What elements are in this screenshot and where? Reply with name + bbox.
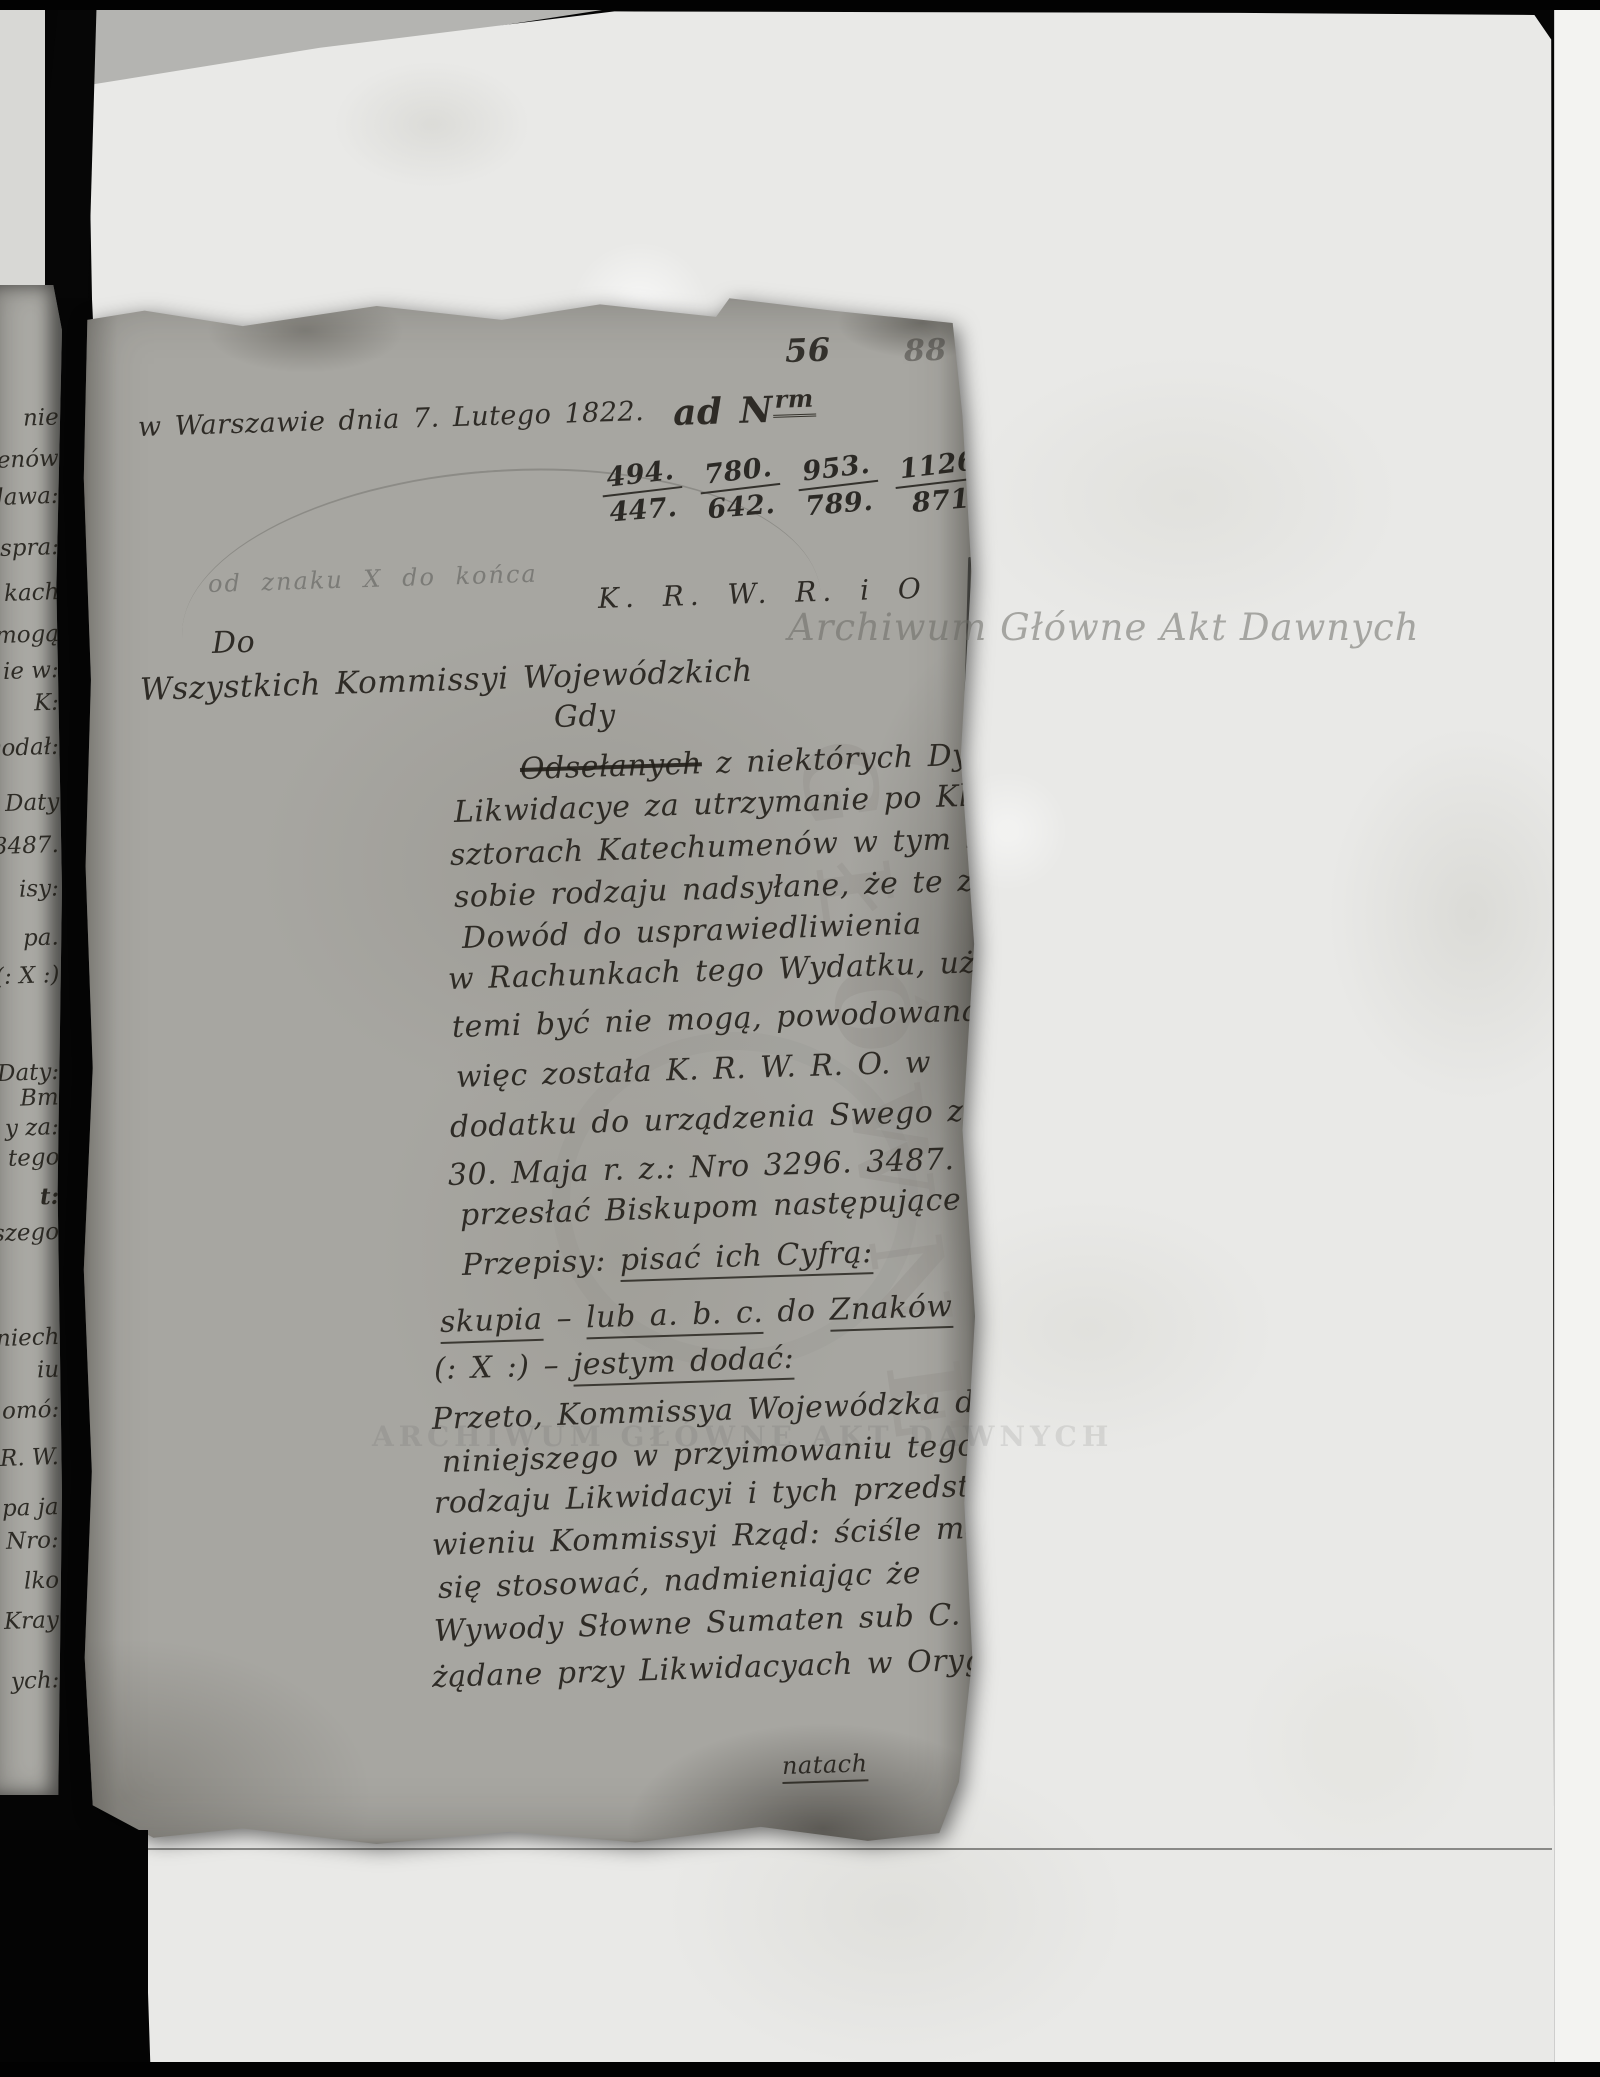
left-page-fragment: szego bbox=[0, 1219, 59, 1247]
body-line: Wywody Słowne Sumaten sub C. bbox=[433, 1597, 961, 1649]
body-line: się stosować, nadmieniając że bbox=[437, 1556, 921, 1606]
left-page-fragment: ych: bbox=[10, 1667, 59, 1695]
scan-bottom-edge bbox=[0, 2062, 1600, 2077]
scan-top-edge bbox=[0, 0, 1600, 10]
reference-label: ad Nrm bbox=[672, 384, 816, 434]
backing-seam-line bbox=[148, 1848, 1552, 1850]
manuscript-page: GŁÓWNE 56 88 w Warszawie dnia 7. Lutego … bbox=[82, 292, 975, 1844]
left-page-fragment: (: X :) bbox=[0, 962, 59, 990]
left-page-fragment: spra: bbox=[0, 534, 59, 562]
left-page-fragment: kach bbox=[3, 579, 59, 607]
left-page-fragment: Daty bbox=[4, 789, 59, 817]
previous-page-edge: nie menów dawa: spra: kach mogą ie w: K:… bbox=[0, 285, 62, 1795]
reference-number-pair: 953.789. bbox=[795, 449, 880, 522]
body-line-text: (: X :) – bbox=[433, 1348, 559, 1387]
reference-label-superscript: rm bbox=[772, 384, 816, 418]
left-page-fragment: niech bbox=[0, 1324, 59, 1352]
body-line-opening: Gdy bbox=[553, 698, 616, 735]
salutation-do: Do bbox=[211, 625, 255, 661]
left-page-fragment: y za: bbox=[5, 1114, 60, 1142]
left-page-fragment: pa ja bbox=[2, 1494, 59, 1522]
left-page-fragment: menów bbox=[0, 446, 59, 475]
left-page-fragment: lko bbox=[23, 1567, 59, 1594]
left-page-fragment: R. W. bbox=[0, 1444, 59, 1472]
salutation-addressee: Wszystkich Kommissyi Wojewódzkich bbox=[139, 653, 753, 708]
underlined-word: skupia bbox=[439, 1302, 543, 1344]
folio-number-faint: 88 bbox=[903, 333, 947, 369]
left-page-fragment: ie w: bbox=[3, 657, 60, 685]
dateline: w Warszawie dnia 7. Lutego 1822. bbox=[138, 396, 645, 443]
folio-number: 56 bbox=[784, 331, 831, 370]
underlined-instruction: jestym dodać: bbox=[573, 1341, 795, 1387]
left-sheet-edge bbox=[0, 8, 45, 298]
underlined-instruction: pisać ich Cyfrą: bbox=[619, 1235, 873, 1282]
scan-right-edge bbox=[1554, 0, 1600, 2077]
manuscript-page-wrap: GŁÓWNE 56 88 w Warszawie dnia 7. Lutego … bbox=[82, 292, 975, 1844]
left-page-fragment: mogą bbox=[0, 621, 59, 649]
left-page-fragment: Nro: bbox=[6, 1527, 60, 1555]
body-line: wieniu Kommissyi Rząd: ściśle ma bbox=[431, 1511, 983, 1563]
catchword: natach bbox=[781, 1749, 868, 1784]
left-page-fragment: nie bbox=[23, 404, 60, 431]
left-page-fragment: t: bbox=[39, 1183, 59, 1211]
left-page-fragment: isy: bbox=[19, 875, 60, 902]
archival-document-scan: nie menów dawa: spra: kach mogą ie w: K:… bbox=[0, 0, 1600, 2077]
body-line-text: Przepisy: bbox=[461, 1243, 606, 1283]
left-page-fragment: pa. bbox=[23, 924, 60, 951]
archive-watermark-faint: ARCHIWUM GŁÓWNE AKT DAWNYCH bbox=[372, 1420, 1113, 1453]
left-page-fragment: iu bbox=[36, 1357, 59, 1384]
left-page-fragment: 3487. bbox=[0, 832, 59, 860]
left-page-fragment: dawa: bbox=[0, 483, 59, 511]
left-page-fragment: tego bbox=[7, 1144, 59, 1172]
struck-word: Odsełanych bbox=[519, 746, 702, 787]
underlined-letters: lub a. b. c. bbox=[586, 1295, 764, 1340]
left-page-fragment: Kray bbox=[4, 1607, 60, 1635]
body-line: żądane przy Likwidacyach w Oryg: bbox=[431, 1642, 995, 1695]
left-page-fragment: d omó: bbox=[0, 1397, 59, 1426]
reference-label-text: ad N bbox=[672, 389, 773, 434]
left-page-fragment: Daty: bbox=[0, 1059, 59, 1087]
left-page-fragment: Bm bbox=[20, 1084, 60, 1111]
body-line-przepisy: Przepisy: pisać ich Cyfrą: bbox=[461, 1235, 873, 1283]
left-page-fragment: Dodał: bbox=[0, 734, 59, 763]
left-page-fragment: K: bbox=[34, 690, 60, 717]
body-line-znak: (: X :) – jestym dodać: bbox=[433, 1341, 794, 1387]
underlined-word: Znaków bbox=[829, 1289, 953, 1332]
archive-watermark: Archiwum Główne Akt Dawnych bbox=[788, 606, 1420, 649]
scan-corner-shadow bbox=[0, 1830, 148, 2077]
